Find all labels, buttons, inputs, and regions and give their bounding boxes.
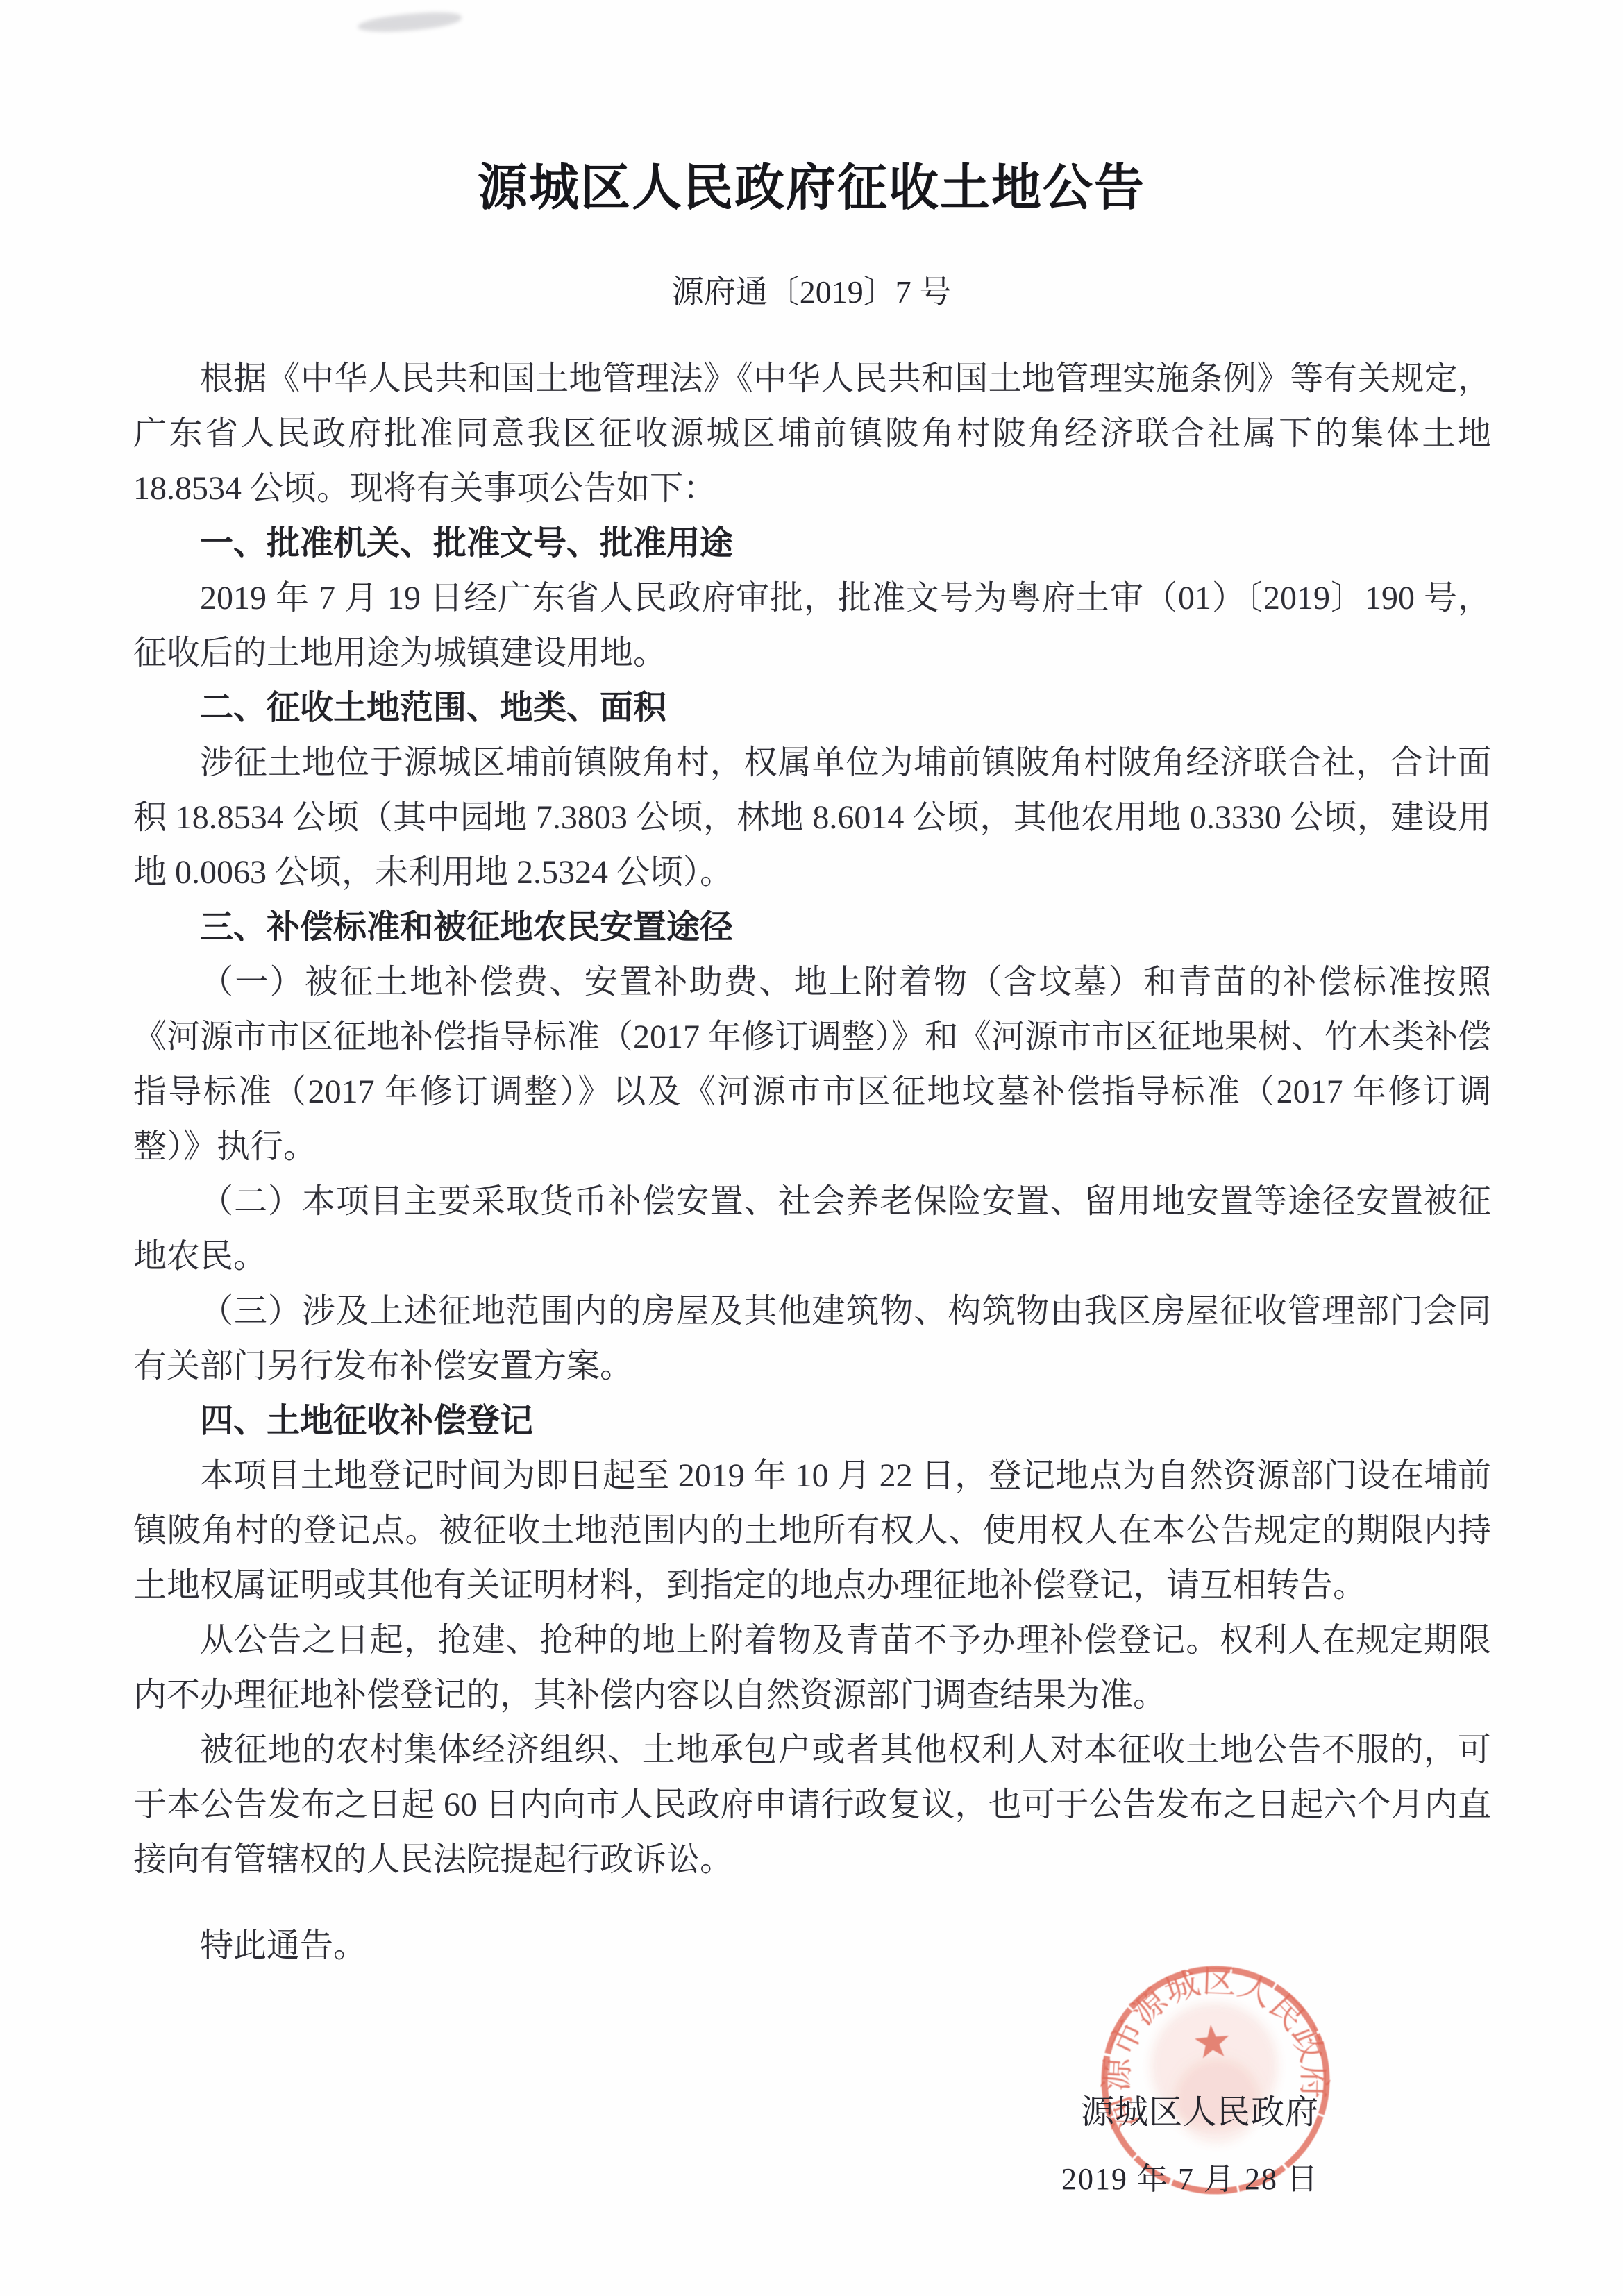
body-paragraph: 2019 年 7 月 19 日经广东省人民政府审批，批准文号为粤府土审（01）〔… <box>133 571 1491 680</box>
body-paragraph: 本项目土地登记时间为即日起至 2019 年 10 月 22 日，登记地点为自然资… <box>133 1448 1491 1613</box>
issue-date: 2019 年 7 月 28 日 <box>1061 2154 1319 2198</box>
section-heading: 二、征收土地范围、地类、面积 <box>133 680 1491 735</box>
section-heading: 一、批准机关、批准文号、批准用途 <box>133 516 1491 571</box>
body-paragraph: 涉征土地位于源城区埔前镇陂角村，权属单位为埔前镇陂角村陂角经济联合社，合计面积 … <box>133 735 1491 900</box>
body-paragraph: （二）本项目主要采取货币补偿安置、社会养老保险安置、留用地安置等途径安置被征地农… <box>133 1174 1491 1284</box>
body-paragraph: （一）被征土地补偿费、安置补助费、地上附着物（含坟墓）和青苗的补偿标准按照《河源… <box>133 955 1491 1174</box>
document-number: 源府通〔2019〕7 号 <box>0 267 1623 312</box>
document-page: 源城区人民政府征收土地公告 源府通〔2019〕7 号 根据《中华人民共和国土地管… <box>0 0 1623 2296</box>
issuer-signature: 源城区人民政府 <box>1061 2085 1319 2133</box>
section-heading: 三、补偿标准和被征地农民安置途径 <box>133 900 1491 955</box>
body-paragraph: 根据《中华人民共和国土地管理法》《中华人民共和国土地管理实施条例》等有关规定，广… <box>133 351 1491 516</box>
signature-block: 源城区人民政府 2019 年 7 月 28 日 <box>1061 2085 1319 2198</box>
section-heading: 四、土地征收补偿登记 <box>133 1393 1491 1448</box>
page-title: 源城区人民政府征收土地公告 <box>0 147 1623 219</box>
announcement-body: 根据《中华人民共和国土地管理法》《中华人民共和国土地管理实施条例》等有关规定，广… <box>133 351 1491 1973</box>
scan-artifact-smudge <box>357 10 462 34</box>
body-paragraph: 从公告之日起，抢建、抢种的地上附着物及青苗不予办理补偿登记。权利人在规定期限内不… <box>133 1613 1491 1723</box>
body-paragraph: 被征地的农村集体经济组织、土地承包户或者其他权利人对本征收土地公告不服的，可于本… <box>133 1723 1491 1887</box>
body-paragraph: （三）涉及上述征地范围内的房屋及其他建筑物、构筑物由我区房屋征收管理部门会同有关… <box>133 1284 1491 1393</box>
